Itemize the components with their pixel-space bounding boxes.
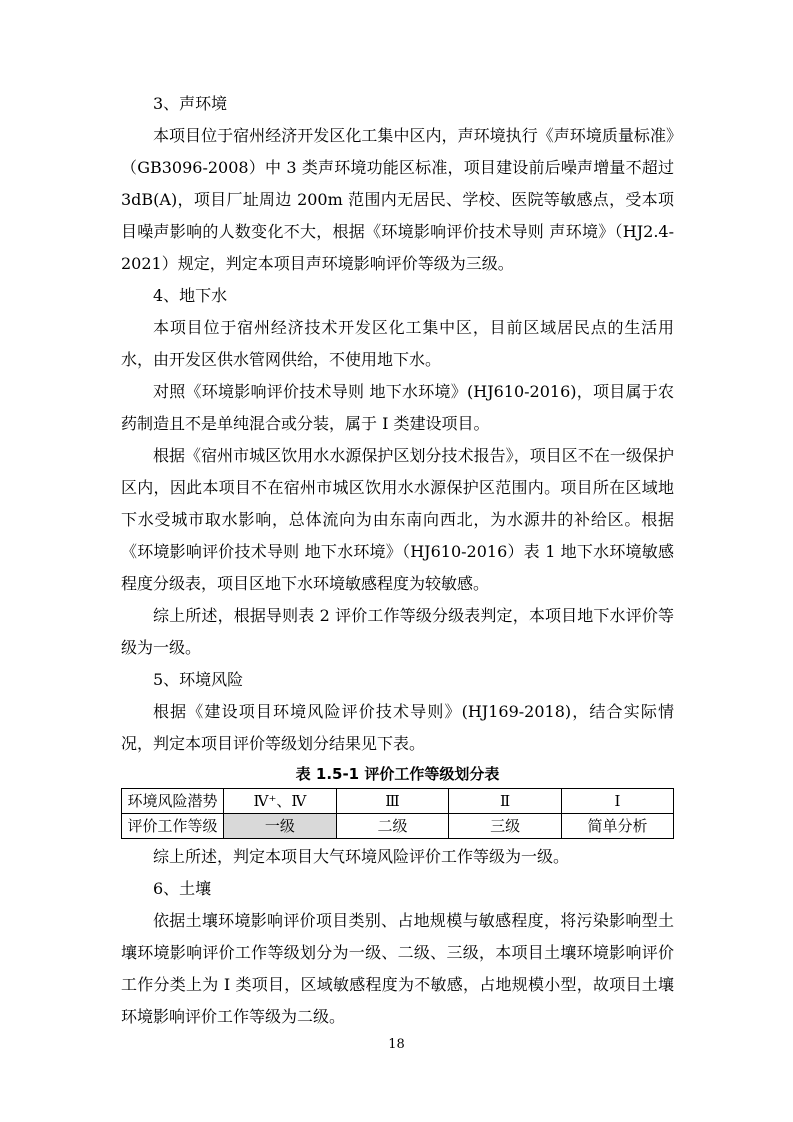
section-heading-groundwater: 4、地下水 bbox=[121, 280, 674, 312]
paragraph-risk-conclusion: 综上所述，判定本项目大气环境风险评价工作等级为一级。 bbox=[121, 841, 674, 873]
table-cell: Ⅰ bbox=[561, 789, 673, 814]
highlighted-cell: 一级 bbox=[224, 814, 337, 839]
document-body: 3、声环境 本项目位于宿州经济开发区化工集中区内，声环境执行《声环境质量标准》（… bbox=[121, 88, 674, 1033]
table-cell: Ⅱ bbox=[449, 789, 562, 814]
table-row-risk-potential: 环境风险潜势 Ⅳ⁺、Ⅳ Ⅲ Ⅱ Ⅰ bbox=[122, 789, 674, 814]
paragraph-groundwater-3: 根据《宿州市城区饮用水水源保护区划分技术报告》，项目区不在一级保护区内，因此本项… bbox=[121, 440, 674, 600]
paragraph-groundwater-1: 本项目位于宿州经济技术开发区化工集中区，目前区域居民点的生活用水，由开发区供水管… bbox=[121, 312, 674, 376]
table-cell-header: 环境风险潜势 bbox=[122, 789, 224, 814]
table-row-work-grade: 评价工作等级 一级 二级 三级 简单分析 bbox=[122, 814, 674, 839]
section-heading-soil: 6、土壤 bbox=[121, 873, 674, 905]
table-cell: Ⅲ bbox=[336, 789, 449, 814]
table-cell: 三级 bbox=[449, 814, 562, 839]
section-heading-noise: 3、声环境 bbox=[121, 88, 674, 120]
paragraph-groundwater-4: 综上所述，根据导则表 2 评价工作等级分级表判定，本项目地下水评价等级为一级。 bbox=[121, 600, 674, 664]
table-caption: 表 1.5-1 评价工作等级划分表 bbox=[121, 764, 674, 784]
section-heading-risk: 5、环境风险 bbox=[121, 664, 674, 696]
table-cell: 二级 bbox=[336, 814, 449, 839]
document-page: 3、声环境 本项目位于宿州经济开发区化工集中区内，声环境执行《声环境质量标准》（… bbox=[0, 0, 793, 1122]
paragraph-risk-1: 根据《建设项目环境风险评价技术导则》(HJ169-2018)，结合实际情况，判定… bbox=[121, 696, 674, 760]
paragraph-groundwater-2: 对照《环境影响评价技术导则 地下水环境》(HJ610-2016)，项目属于农药制… bbox=[121, 376, 674, 440]
page-number: 18 bbox=[0, 1037, 793, 1053]
paragraph-noise: 本项目位于宿州经济开发区化工集中区内，声环境执行《声环境质量标准》（GB3096… bbox=[121, 120, 674, 280]
table-cell: Ⅳ⁺、Ⅳ bbox=[224, 789, 337, 814]
table-cell: 简单分析 bbox=[561, 814, 673, 839]
table-cell-header: 评价工作等级 bbox=[122, 814, 224, 839]
evaluation-grade-table: 环境风险潜势 Ⅳ⁺、Ⅳ Ⅲ Ⅱ Ⅰ 评价工作等级 一级 二级 三级 简单分析 bbox=[121, 788, 674, 839]
paragraph-soil: 依据土壤环境影响评价项目类别、占地规模与敏感程度，将污染影响型土壤环境影响评价工… bbox=[121, 905, 674, 1033]
